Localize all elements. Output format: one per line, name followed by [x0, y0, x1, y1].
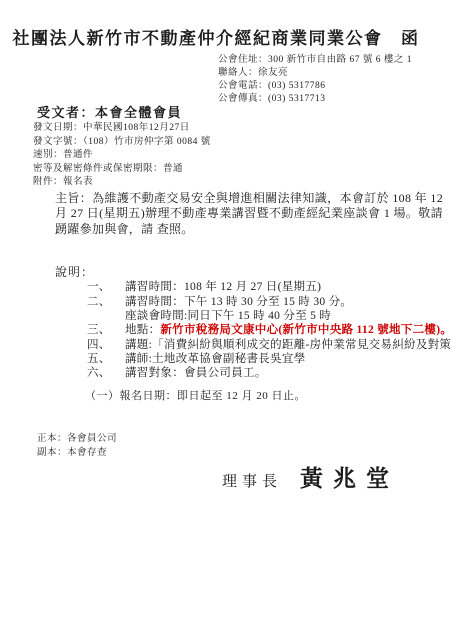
official-letter-page: 社團法人新竹市不動產仲介經紀商業同業公會 函 公會住址：300 新竹市自由路 6… — [0, 0, 452, 640]
subject-paragraph: 主旨：為維護不動產交易安全與增進相關法律知識，本會訂於 108 年 12 月 2… — [55, 191, 443, 237]
item-number: 六、 — [87, 364, 125, 380]
recipient-line: 受文者：本會全體會員 — [37, 102, 182, 121]
org-info-block: 公會住址：300 新竹市自由路 67 號 6 樓之 1 聯絡人：徐友亮 公會電話… — [218, 54, 412, 106]
item-text: 講習時間：108 年 12 月 27 日(星期五) — [125, 281, 321, 293]
delivery-speed: 速別：普通件 — [33, 149, 211, 163]
security-class: 密等及解密條件或保密期限：普通 — [33, 163, 211, 177]
issue-date: 發文日期：中華民國108年12月27日 — [33, 122, 211, 136]
document-title: 社團法人新竹市不動產仲介經紀商業同業公會 函 — [0, 24, 432, 49]
item-number: 二、 — [87, 293, 125, 309]
file-copy-line: 副本：本會存查 — [37, 447, 117, 461]
org-address: 公會住址：300 新竹市自由路 67 號 6 樓之 1 — [218, 54, 412, 67]
venue-highlight-text: 新竹市稅務局文康中心(新竹市中央路 112 號地下二樓)。 — [160, 324, 452, 336]
registration-deadline: （一）報名日期：即日起至 12 月 20 日止。 — [85, 387, 306, 403]
org-fax: 公會傳真：(03) 5317713 — [218, 93, 412, 106]
org-phone: 公會電話：(03) 5317786 — [218, 80, 412, 93]
meta-block: 發文日期：中華民國108年12月27日 發文字號：（108）竹市房仲字第 008… — [33, 122, 211, 190]
chairman-title: 理事長 — [222, 470, 282, 491]
chairman-name: 黃兆堂 — [300, 460, 399, 493]
item-text: 講習對象：會員公司員工。 — [125, 367, 267, 379]
attachment: 附件：報名表 — [33, 176, 211, 190]
distribution-block: 正本：各會員公司 副本：本會存查 — [37, 433, 117, 460]
item-text: 地點： — [125, 324, 160, 336]
signature-block: 理事長 黃兆堂 — [222, 460, 399, 493]
org-contact-person: 聯絡人：徐友亮 — [218, 67, 412, 80]
explanation-item-6: 六、講習對象：會員公司員工。 — [87, 364, 267, 380]
original-copy-line: 正本：各會員公司 — [37, 433, 117, 447]
doc-number: 發文字號：（108）竹市房仲字第 0084 號 — [33, 136, 211, 150]
